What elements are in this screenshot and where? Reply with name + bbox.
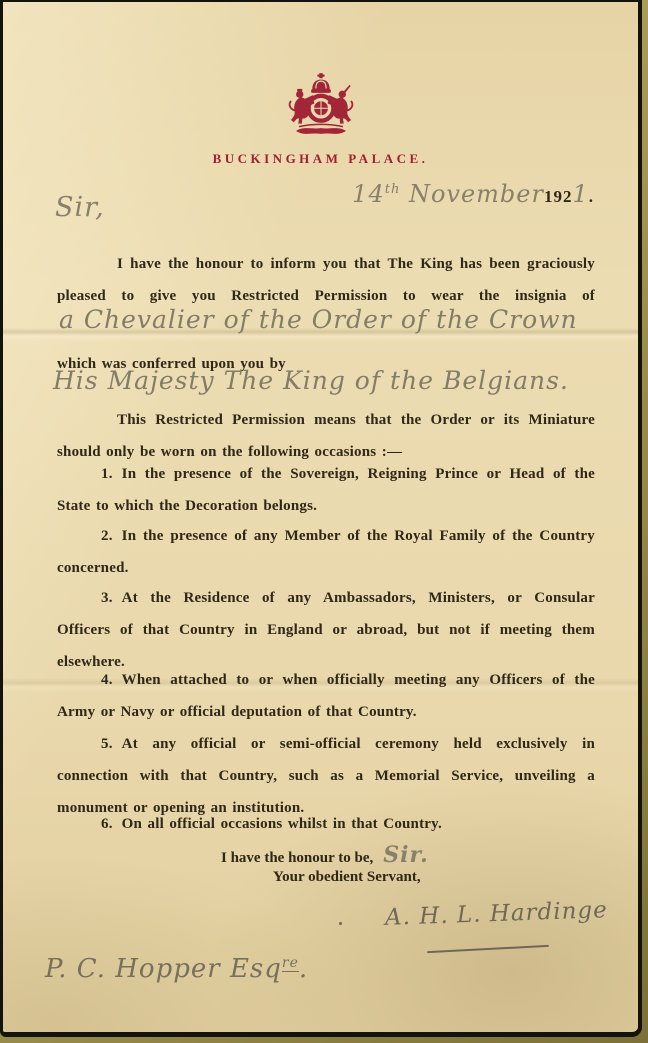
scanned-letter: BUCKINGHAM PALACE. 14th November1921. Si…: [0, 0, 648, 1043]
occasion-number: 4.: [101, 672, 113, 688]
date-day-suffix: th: [385, 182, 401, 197]
addressee-name: P. C. Hopper Esq: [45, 954, 282, 984]
occasion-item: 2.In the presence of any Member of the R…: [57, 520, 595, 584]
closing-honour-text: I have the honour to be,: [221, 850, 373, 866]
date-month-handwritten: November: [400, 180, 544, 208]
occasion-number: 2.: [101, 528, 113, 544]
royal-coat-of-arms-icon: [277, 72, 365, 146]
addressee-handwritten: P. C. Hopper Esqre.: [45, 954, 308, 984]
date-year-printed: 192: [544, 187, 573, 206]
occasion-item: 4.When attached to or when officially me…: [57, 664, 595, 728]
date-line: 14th November1921.: [352, 180, 594, 209]
occasion-text: At the Residence of any Ambassadors, Min…: [57, 590, 595, 670]
closing-line-1: I have the honour to be,Sir.: [221, 842, 429, 868]
conferrer-handwritten: His Majesty The King of the Belgians.: [53, 366, 569, 395]
date-day-handwritten: 14: [352, 180, 385, 208]
occasion-item: 1.In the presence of the Sovereign, Reig…: [57, 458, 595, 522]
occasion-text: When attached to or when officially meet…: [57, 672, 595, 720]
addressee-suffix: re: [282, 955, 299, 972]
body-paragraph-1: I have the honour to inform you that The…: [57, 248, 595, 312]
ink-dot: [339, 922, 342, 925]
occasion-text: In the presence of the Sovereign, Reigni…: [57, 466, 595, 514]
occasion-number: 1.: [101, 466, 113, 482]
occasion-text: In the presence of any Member of the Roy…: [57, 528, 595, 576]
closing-line-2: Your obedient Servant,: [273, 869, 421, 886]
addressee-period: .: [299, 954, 308, 984]
signature-underline: [427, 945, 549, 953]
occasion-number: 5.: [101, 736, 113, 752]
closing-sir-handwritten: Sir.: [383, 842, 428, 868]
date-year-digit-handwritten: 1: [572, 180, 588, 208]
letter-paper: BUCKINGHAM PALACE. 14th November1921. Si…: [0, 0, 642, 1037]
letterhead-title: BUCKINGHAM PALACE.: [3, 151, 638, 167]
signature-handwritten: A. H. L. Hardinge: [385, 897, 609, 931]
insignia-handwritten: a Chevalier of the Order of the Crown: [59, 305, 578, 334]
occasion-number: 6.: [101, 816, 113, 832]
date-period: .: [589, 187, 594, 206]
occasion-text: At any official or semi-official ceremon…: [57, 736, 595, 816]
occasion-number: 3.: [101, 590, 113, 606]
occasion-text: On all official occasions whilst in that…: [122, 816, 442, 832]
salutation: Sir,: [55, 192, 105, 223]
occasion-item: 6.On all official occasions whilst in th…: [57, 808, 595, 840]
